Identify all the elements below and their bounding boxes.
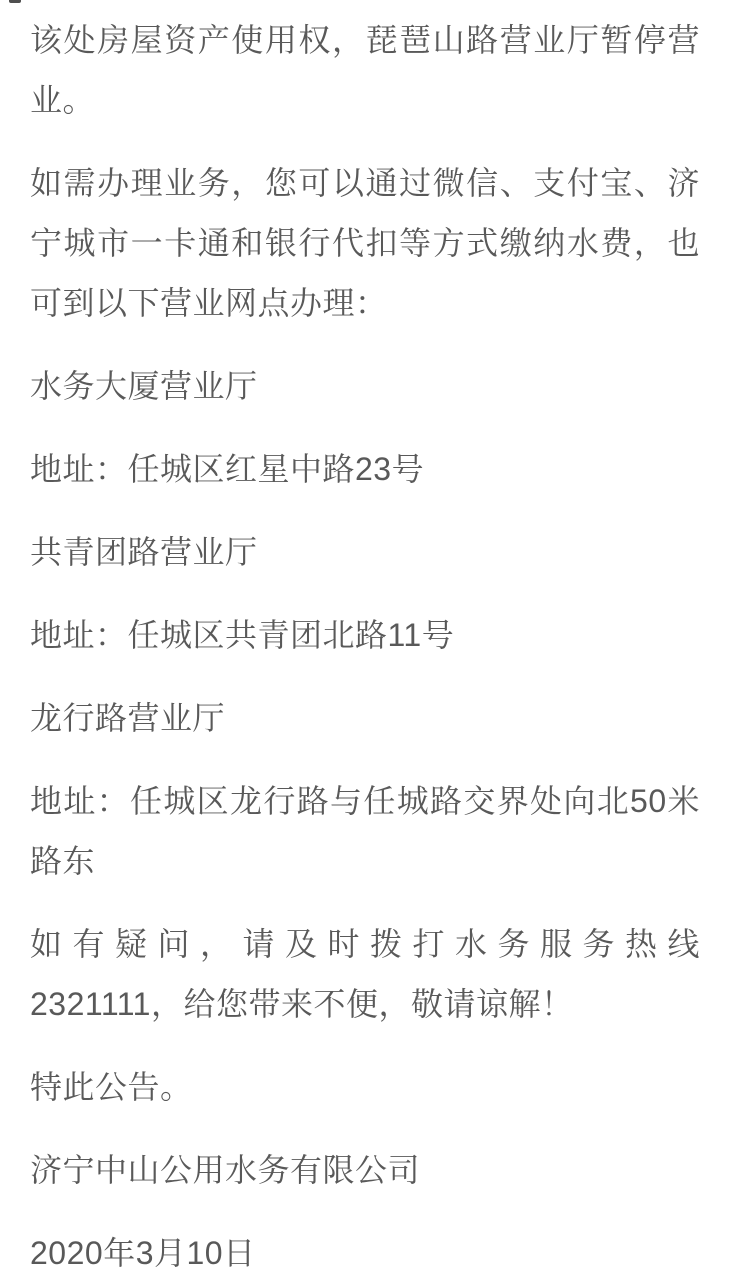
branch-address-shuiwudasha: 地址：任城区红星中路23号 bbox=[30, 439, 700, 499]
notice-paragraph-payment-options: 如需办理业务，您可以通过微信、支付宝、济宁城市一卡通和银行代扣等方式缴纳水费，也… bbox=[30, 153, 700, 333]
notice-article: 该处房屋资产使用权，琵琶山路营业厅暂停营业。 如需办理业务，您可以通过微信、支付… bbox=[0, 0, 730, 1280]
notice-signature-date: 2020年3月10日 bbox=[30, 1223, 700, 1280]
notice-page: { "page": { "background_color": "#ffffff… bbox=[0, 0, 730, 1280]
branch-name-shuiwudasha: 水务大厦营业厅 bbox=[30, 356, 700, 416]
branch-address-longxinglu: 地址：任城区龙行路与任城路交界处向北50米路东 bbox=[30, 771, 700, 891]
branch-address-gongqingtuanlu: 地址：任城区共青团北路11号 bbox=[30, 605, 700, 665]
notice-paragraph-hereby: 特此公告。 bbox=[30, 1057, 700, 1117]
branch-name-gongqingtuanlu: 共青团路营业厅 bbox=[30, 522, 700, 582]
branch-name-longxinglu: 龙行路营业厅 bbox=[30, 688, 700, 748]
notice-paragraph-closure: 该处房屋资产使用权，琵琶山路营业厅暂停营业。 bbox=[30, 10, 700, 130]
notice-signature-company: 济宁中山公用水务有限公司 bbox=[30, 1140, 700, 1200]
notice-paragraph-hotline: 如有疑问，请及时拨打水务服务热线2321111，给您带来不便，敬请谅解！ bbox=[30, 914, 700, 1034]
